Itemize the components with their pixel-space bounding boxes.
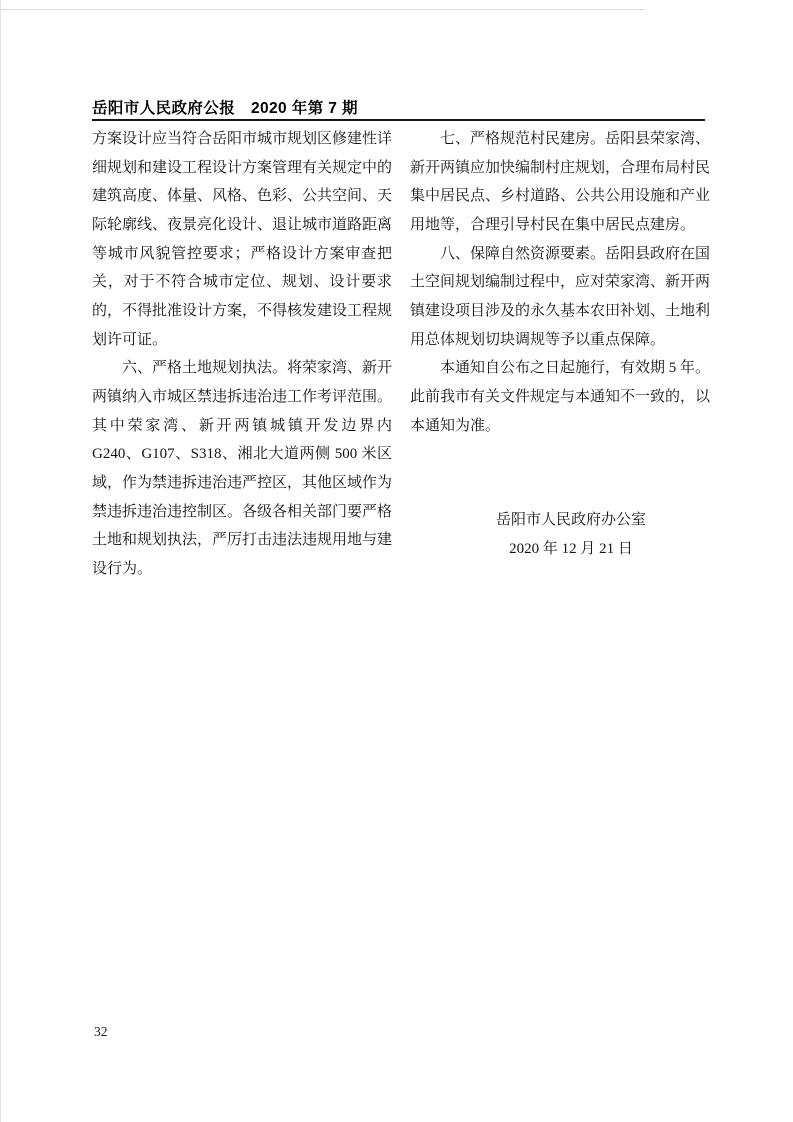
running-header-title: 岳阳市人民政府公报 2020 年第 7 期 xyxy=(92,96,707,118)
paragraph-item-eight: 八、保障自然资源要素。岳阳县政府在国土空间规划编制过程中，应对荣家湾、新开两镇建… xyxy=(410,240,710,355)
header-rule xyxy=(92,119,705,121)
page-number: 32 xyxy=(94,1024,108,1040)
paragraph-effective-period: 本通知自公布之日起施行，有效期 5 年。此前我市有关文件规定与本通知不一致的，以… xyxy=(410,354,710,440)
text-column-right: 七、严格规范村民建房。岳阳县荣家湾、新开两镇应加快编制村庄规划，合理布局村民集中… xyxy=(410,125,710,564)
signature-block: 岳阳市人民政府办公室 2020 年 12 月 21 日 xyxy=(410,506,710,563)
paragraph-continued: 方案设计应当符合岳阳市城市规划区修建性详细规划和建设工程设计方案管理有关规定中的… xyxy=(92,125,392,354)
scan-edge-artifact-top xyxy=(0,9,645,10)
signature-date: 2020 年 12 月 21 日 xyxy=(432,535,710,564)
text-column-left: 方案设计应当符合岳阳市城市规划区修建性详细规划和建设工程设计方案管理有关规定中的… xyxy=(92,125,392,584)
scan-edge-artifact-left xyxy=(0,0,1,1122)
paragraph-item-seven: 七、严格规范村民建房。岳阳县荣家湾、新开两镇应加快编制村庄规划，合理布局村民集中… xyxy=(410,125,710,240)
gazette-page: 岳阳市人民政府公报 2020 年第 7 期 方案设计应当符合岳阳市城市规划区修建… xyxy=(0,0,793,1122)
paragraph-item-six: 六、严格土地规划执法。将荣家湾、新开两镇纳入市城区禁违拆违治违工作考评范围。其中… xyxy=(92,354,392,583)
signature-office: 岳阳市人民政府办公室 xyxy=(432,506,710,535)
